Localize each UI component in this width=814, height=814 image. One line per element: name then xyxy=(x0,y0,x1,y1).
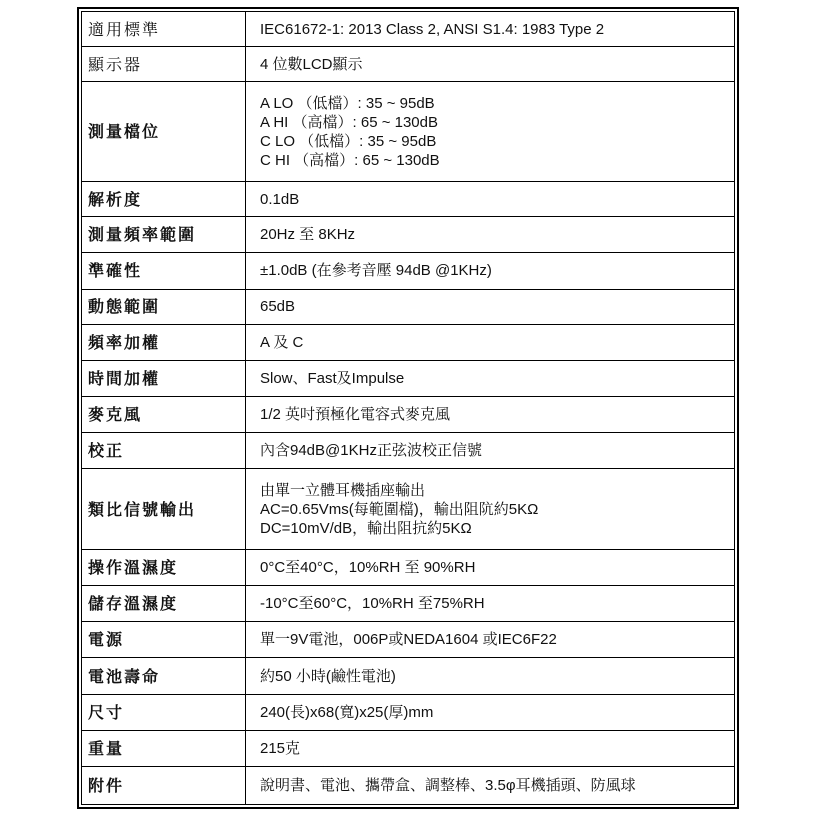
spec-value: 0.1dB xyxy=(246,182,735,217)
spec-label: 時間加權 xyxy=(82,360,246,396)
spec-value-line: Slow、Fast及Impulse xyxy=(260,369,722,388)
spec-value-line: A 及 C xyxy=(260,333,722,352)
table-row: 測量頻率範圍 20Hz 至 8KHz xyxy=(82,217,735,252)
spec-value: 單一9V電池，006P或NEDA1604 或IEC6F22 xyxy=(246,622,735,658)
table-row: 準確性 ±1.0dB (在參考音壓 94dB @1KHz) xyxy=(82,252,735,289)
spec-value: Slow、Fast及Impulse xyxy=(246,360,735,396)
table-row: 電源 單一9V電池，006P或NEDA1604 或IEC6F22 xyxy=(82,622,735,658)
spec-label: 解析度 xyxy=(82,182,246,217)
spec-label: 測量頻率範圍 xyxy=(82,217,246,252)
spec-value-line: 說明書、電池、攜帶盒、調整棒、3.5φ耳機插頭、防風球 xyxy=(260,776,722,795)
spec-table-frame: 適用標準 IEC61672-1: 2013 Class 2, ANSI S1.4… xyxy=(77,7,739,809)
spec-value-line: ±1.0dB (在參考音壓 94dB @1KHz) xyxy=(260,261,722,280)
spec-value-line: -10°C至60°C，10%RH 至75%RH xyxy=(260,594,722,613)
spec-value: 1/2 英吋預極化電容式麥克風 xyxy=(246,396,735,432)
spec-value-line: 單一9V電池，006P或NEDA1604 或IEC6F22 xyxy=(260,630,722,649)
spec-label: 重量 xyxy=(82,730,246,766)
spec-value-line: 內含94dB@1KHz正弦波校正信號 xyxy=(260,441,722,460)
spec-value: 4 位數LCD顯示 xyxy=(246,47,735,82)
spec-value: A 及 C xyxy=(246,324,735,360)
spec-value: A LO （低檔）: 35 ~ 95dBA HI （高檔）: 65 ~ 130d… xyxy=(246,82,735,182)
spec-value-line: C LO （低檔）: 35 ~ 95dB xyxy=(260,132,722,151)
table-row: 類比信號輸出 由單一立體耳機插座輸出AC=0.65Vms(每範圍檔)，輸出阻阬約… xyxy=(82,469,735,550)
spec-label: 頻率加權 xyxy=(82,324,246,360)
spec-value: 65dB xyxy=(246,289,735,324)
table-row: 測量檔位 A LO （低檔）: 35 ~ 95dBA HI （高檔）: 65 ~… xyxy=(82,82,735,182)
spec-value: ±1.0dB (在參考音壓 94dB @1KHz) xyxy=(246,252,735,289)
table-row: 操作溫濕度 0°C至40°C，10%RH 至 90%RH xyxy=(82,550,735,586)
spec-label: 附件 xyxy=(82,766,246,804)
table-row: 時間加權 Slow、Fast及Impulse xyxy=(82,360,735,396)
table-row: 麥克風 1/2 英吋預極化電容式麥克風 xyxy=(82,396,735,432)
spec-value: IEC61672-1: 2013 Class 2, ANSI S1.4: 198… xyxy=(246,12,735,47)
spec-value-line: C HI （高檔）: 65 ~ 130dB xyxy=(260,151,722,170)
spec-value: 由單一立體耳機插座輸出AC=0.65Vms(每範圍檔)，輸出阻阬約5KΩDC=1… xyxy=(246,469,735,550)
spec-label: 動態範圍 xyxy=(82,289,246,324)
spec-value-line: 0.1dB xyxy=(260,190,722,209)
spec-value: 20Hz 至 8KHz xyxy=(246,217,735,252)
spec-value-line: 0°C至40°C，10%RH 至 90%RH xyxy=(260,558,722,577)
spec-label: 尺寸 xyxy=(82,694,246,730)
table-row: 校正 內含94dB@1KHz正弦波校正信號 xyxy=(82,432,735,468)
spec-value-line: 約50 小時(鹼性電池) xyxy=(260,667,722,686)
table-row: 顯示器 4 位數LCD顯示 xyxy=(82,47,735,82)
spec-value-line: IEC61672-1: 2013 Class 2, ANSI S1.4: 198… xyxy=(260,20,722,39)
spec-value: 240(長)x68(寬)x25(厚)mm xyxy=(246,694,735,730)
table-row: 電池壽命 約50 小時(鹼性電池) xyxy=(82,658,735,694)
table-row: 動態範圍 65dB xyxy=(82,289,735,324)
spec-value-line: 65dB xyxy=(260,297,722,316)
spec-value-line: DC=10mV/dB，輸出阻抗約5KΩ xyxy=(260,519,722,538)
spec-label: 類比信號輸出 xyxy=(82,469,246,550)
spec-label: 測量檔位 xyxy=(82,82,246,182)
spec-label: 電源 xyxy=(82,622,246,658)
spec-label: 儲存溫濕度 xyxy=(82,586,246,622)
spec-value-line: 20Hz 至 8KHz xyxy=(260,225,722,244)
spec-label: 校正 xyxy=(82,432,246,468)
table-row: 附件 說明書、電池、攜帶盒、調整棒、3.5φ耳機插頭、防風球 xyxy=(82,766,735,804)
table-row: 重量 215克 xyxy=(82,730,735,766)
table-row: 適用標準 IEC61672-1: 2013 Class 2, ANSI S1.4… xyxy=(82,12,735,47)
spec-label: 準確性 xyxy=(82,252,246,289)
spec-value-line: 4 位數LCD顯示 xyxy=(260,55,722,74)
spec-value-line: 240(長)x68(寬)x25(厚)mm xyxy=(260,703,722,722)
spec-value-line: 215克 xyxy=(260,739,722,758)
spec-value: 0°C至40°C，10%RH 至 90%RH xyxy=(246,550,735,586)
spec-label: 麥克風 xyxy=(82,396,246,432)
table-row: 儲存溫濕度 -10°C至60°C，10%RH 至75%RH xyxy=(82,586,735,622)
spec-value: -10°C至60°C，10%RH 至75%RH xyxy=(246,586,735,622)
spec-value: 約50 小時(鹼性電池) xyxy=(246,658,735,694)
spec-label: 顯示器 xyxy=(82,47,246,82)
table-row: 尺寸 240(長)x68(寬)x25(厚)mm xyxy=(82,694,735,730)
spec-value-line: AC=0.65Vms(每範圍檔)，輸出阻阬約5KΩ xyxy=(260,500,722,519)
table-row: 解析度 0.1dB xyxy=(82,182,735,217)
table-row: 頻率加權 A 及 C xyxy=(82,324,735,360)
spec-table: 適用標準 IEC61672-1: 2013 Class 2, ANSI S1.4… xyxy=(81,11,735,805)
spec-value: 內含94dB@1KHz正弦波校正信號 xyxy=(246,432,735,468)
spec-label: 電池壽命 xyxy=(82,658,246,694)
spec-value: 說明書、電池、攜帶盒、調整棒、3.5φ耳機插頭、防風球 xyxy=(246,766,735,804)
spec-value-line: 1/2 英吋預極化電容式麥克風 xyxy=(260,405,722,424)
spec-label: 操作溫濕度 xyxy=(82,550,246,586)
spec-value: 215克 xyxy=(246,730,735,766)
spec-value-line: A LO （低檔）: 35 ~ 95dB xyxy=(260,94,722,113)
spec-value-line: A HI （高檔）: 65 ~ 130dB xyxy=(260,113,722,132)
spec-value-line: 由單一立體耳機插座輸出 xyxy=(260,481,722,500)
spec-label: 適用標準 xyxy=(82,12,246,47)
